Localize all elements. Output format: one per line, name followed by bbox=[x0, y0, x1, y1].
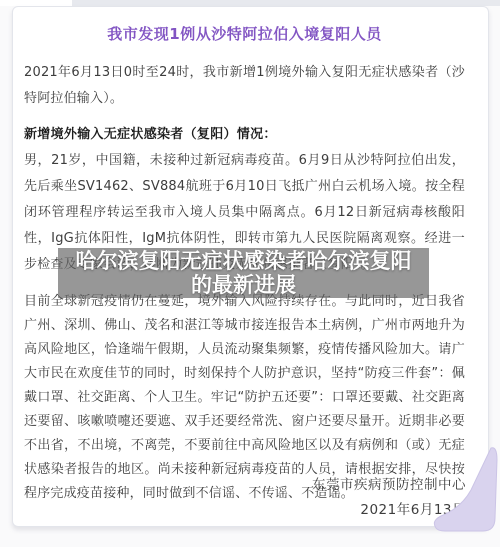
watermark-line-2: 的最新进展 bbox=[191, 273, 296, 297]
notice-title: 我市发现1例从沙特阿拉伯入境复阳人员 bbox=[24, 25, 465, 43]
issuing-agency: 东莞市疾病预防控制中心 bbox=[312, 473, 466, 498]
signature-block: 东莞市疾病预防控制中心 2021年6月13日 bbox=[312, 473, 466, 523]
issue-date: 2021年6月13日 bbox=[312, 498, 466, 523]
notice-card: 我市发现1例从沙特阿拉伯入境复阳人员 2021年6月13日0时至24时，我市新增… bbox=[12, 6, 489, 527]
case-heading: 新增境外输入无症状感染者（复阳）情况： bbox=[24, 122, 465, 148]
notice-intro-paragraph: 2021年6月13日0时至24时，我市新增1例境外输入复阳无症状感染者（沙特阿拉… bbox=[24, 60, 465, 112]
watermark-overlay: 哈尔滨复阳无症状感染者哈尔滨复阳 的最新进展 bbox=[58, 248, 429, 298]
watermark-line-1: 哈尔滨复阳无症状感染者哈尔滨复阳 bbox=[76, 249, 412, 273]
